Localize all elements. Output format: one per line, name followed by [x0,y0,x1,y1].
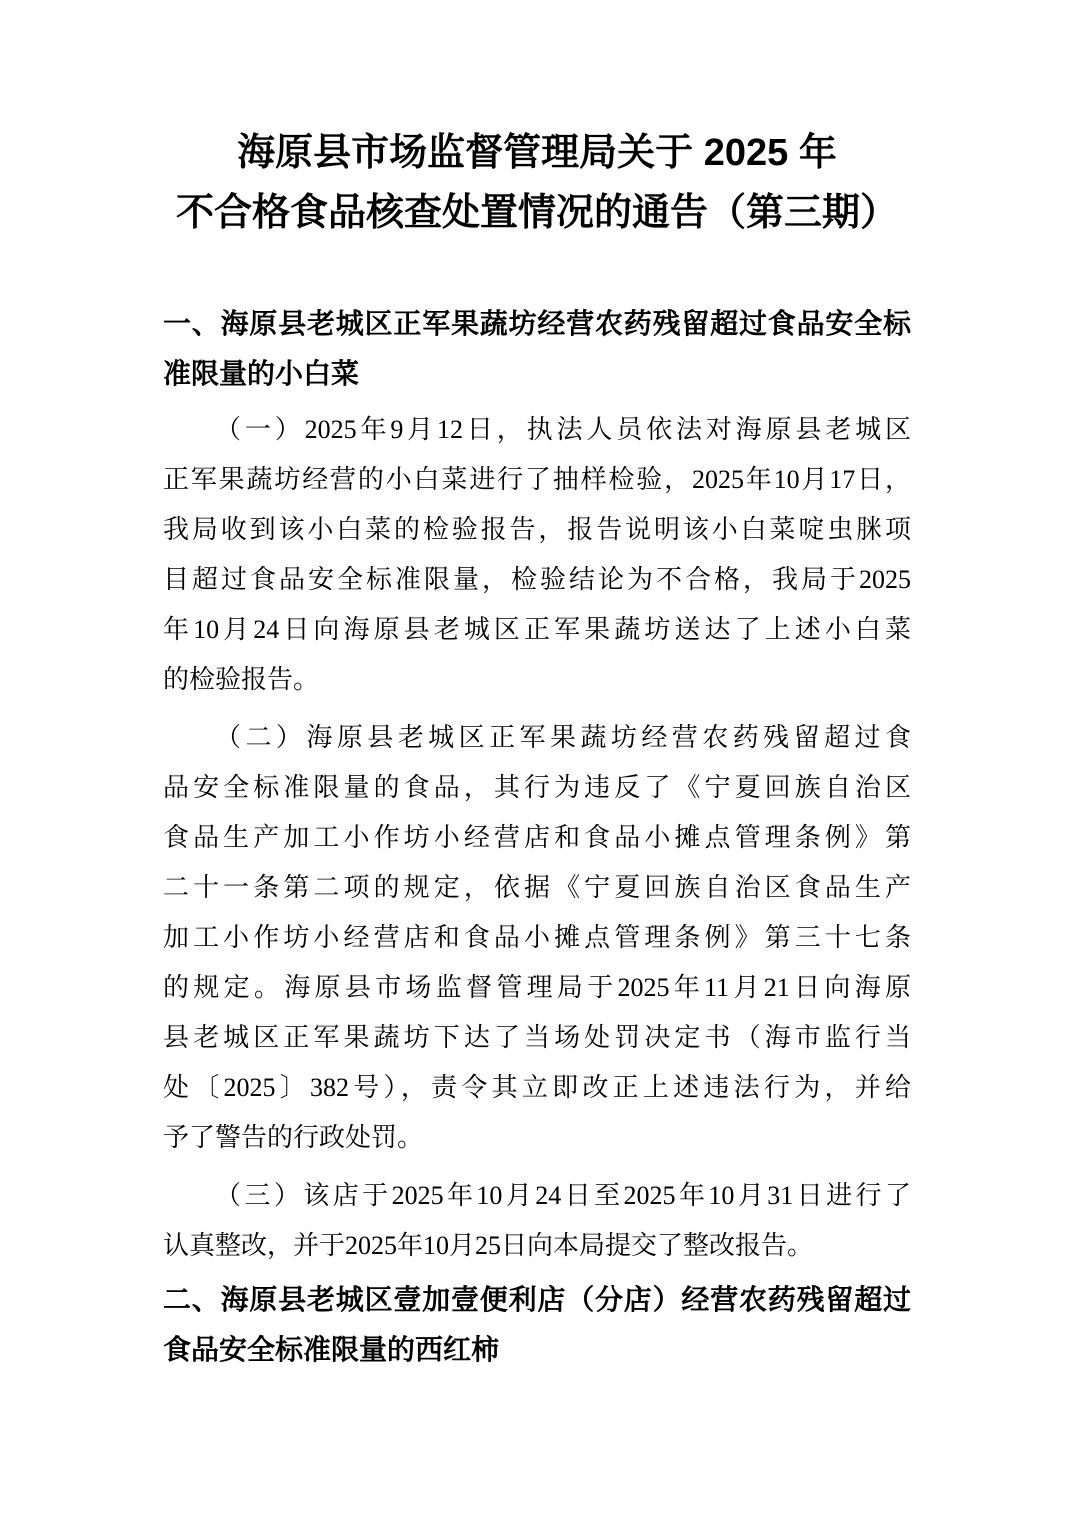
text-line: 年10月24日向海原县老城区正军果蔬坊送达了上述小白菜 [163,605,911,655]
body-paragraph: （三）该店于2025年10月24日至2025年10月31日进行了认真整改，并于2… [163,1171,911,1271]
text-line: 一、海原县老城区正军果蔬坊经营农药残留超过食品安全标 [163,299,911,349]
title-line: 海原县市场监督管理局关于 2025 年 [163,123,911,183]
body-paragraph: （一）2025年9月12日，执法人员依法对海原县老城区正军果蔬坊经营的小白菜进行… [163,405,911,705]
text-line: 认真整改，并于2025年10月25日向本局提交了整改报告。 [163,1221,911,1271]
text-line: 食品生产加工小作坊小经营店和食品小摊点管理条例》第 [163,813,911,863]
text-line: 的规定。海原县市场监督管理局于2025年11月21日向海原 [163,963,911,1013]
text-line: 目超过食品安全标准限量，检验结论为不合格，我局于2025 [163,555,911,605]
text-line: 县老城区正军果蔬坊下达了当场处罚决定书（海市监行当 [163,1013,911,1063]
document-page: 海原县市场监督管理局关于 2025 年 不合格食品核查处置情况的通告（第三期） … [0,0,1074,1520]
section-heading: 一、海原县老城区正军果蔬坊经营农药残留超过食品安全标准限量的小白菜 [163,299,911,399]
text-line: 品安全标准限量的食品，其行为违反了《宁夏回族自治区 [163,763,911,813]
text-line: 正军果蔬坊经营的小白菜进行了抽样检验，2025年10月17日， [163,455,911,505]
text-line: 二、海原县老城区壹加壹便利店（分店）经营农药残留超过 [163,1275,911,1325]
text-line: 二十一条第二项的规定，依据《宁夏回族自治区食品生产 [163,863,911,913]
text-line: 加工小作坊小经营店和食品小摊点管理条例》第三十七条 [163,913,911,963]
text-line: （一）2025年9月12日，执法人员依法对海原县老城区 [163,405,911,455]
text-line: 予了警告的行政处罚。 [163,1113,911,1163]
document-title: 海原县市场监督管理局关于 2025 年 不合格食品核查处置情况的通告（第三期） [163,123,911,243]
text-line: （二）海原县老城区正军果蔬坊经营农药残留超过食 [163,713,911,763]
text-line: 食品安全标准限量的西红柿 [163,1325,911,1375]
text-line: 处〔2025〕382号），责令其立即改正上述违法行为，并给 [163,1063,911,1113]
text-line: （三）该店于2025年10月24日至2025年10月31日进行了 [163,1171,911,1221]
document-blocks: 一、海原县老城区正军果蔬坊经营农药残留超过食品安全标准限量的小白菜（一）2025… [163,299,911,1375]
text-line: 的检验报告。 [163,655,911,705]
section-heading: 二、海原县老城区壹加壹便利店（分店）经营农药残留超过食品安全标准限量的西红柿 [163,1275,911,1375]
body-paragraph: （二）海原县老城区正军果蔬坊经营农药残留超过食品安全标准限量的食品，其行为违反了… [163,713,911,1163]
text-line: 我局收到该小白菜的检验报告，报告说明该小白菜啶虫脒项 [163,505,911,555]
title-line: 不合格食品核查处置情况的通告（第三期） [163,183,911,243]
text-line: 准限量的小白菜 [163,349,911,399]
